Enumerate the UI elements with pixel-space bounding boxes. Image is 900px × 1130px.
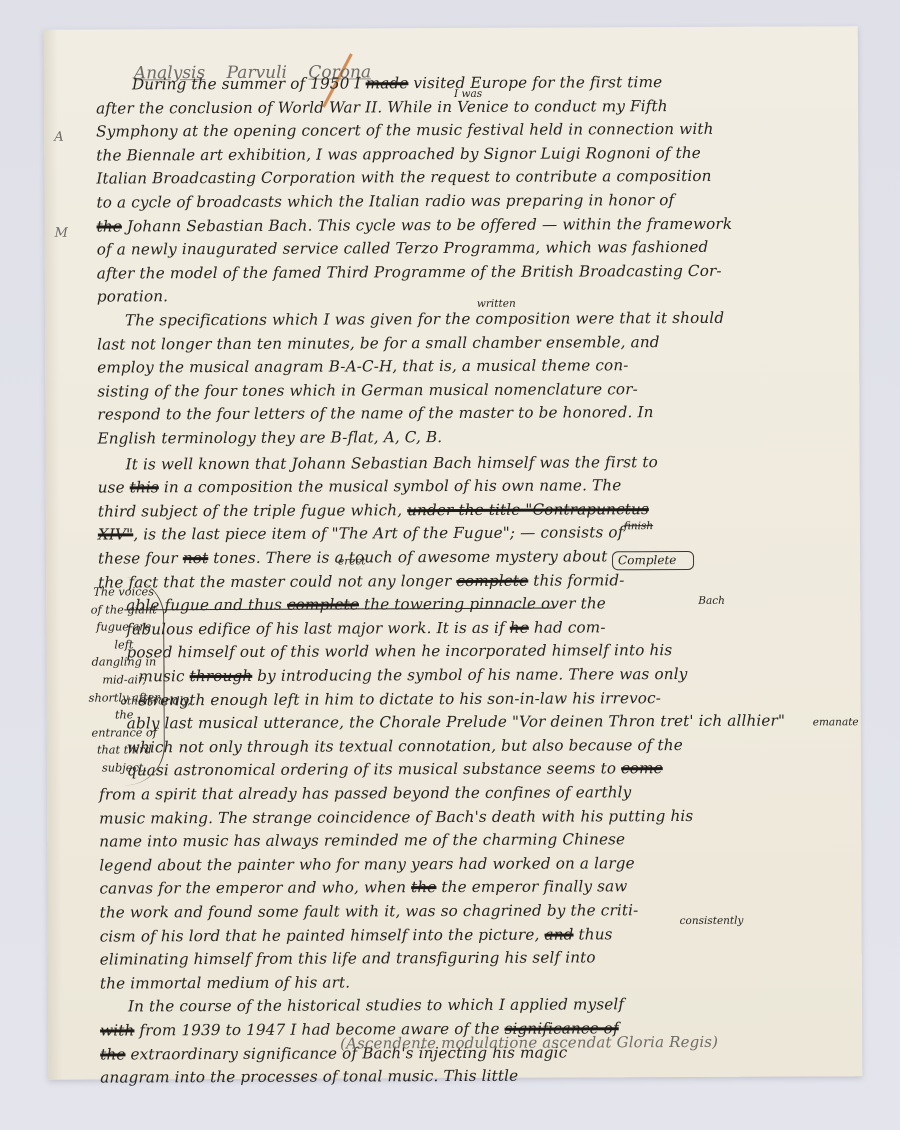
footer-pencil-note: (Ascendente modulatione ascendat Gloria … <box>340 1033 718 1053</box>
struck-word: not <box>183 549 209 567</box>
manuscript-line: posed himself out of this world when he … <box>126 641 672 661</box>
manuscript-line: the immortal medium of his art. <box>100 973 350 992</box>
margin-mark-a: A <box>54 130 63 145</box>
insertion-erect: erect <box>338 555 366 567</box>
manuscript-line: use this in a composition the musical sy… <box>98 476 622 496</box>
manuscript-line: quasi astronomical ordering of its music… <box>127 759 663 779</box>
insertion-emanate: emanate <box>813 716 859 728</box>
struck-word: complete <box>456 571 528 589</box>
manuscript-line: the Johann Sebastian Bach. This cycle wa… <box>97 214 733 235</box>
insertion-finish: finish <box>624 520 653 532</box>
struck-word: come <box>621 759 663 777</box>
manuscript-line: Italian Broadcasting Corporation with th… <box>96 167 711 188</box>
struck-word: complete <box>287 596 359 614</box>
manuscript-line: eliminating himself from this life and t… <box>100 949 596 969</box>
manuscript-line: from a spirit that already has passed be… <box>99 783 631 803</box>
manuscript-line: of a newly inaugurated service called Te… <box>97 238 709 259</box>
manuscript-line: the fact that the master could not any l… <box>98 571 625 591</box>
insertion-i-was: I was <box>454 88 482 100</box>
struck-word: with <box>100 1021 134 1039</box>
manuscript-line: The specifications which I was given for… <box>125 309 724 330</box>
manuscript-line: cism of his lord that he painted himself… <box>100 925 613 945</box>
struck-word: through <box>190 667 253 685</box>
manuscript-line: the Biennale art exhibition, I was appro… <box>96 144 701 165</box>
manuscript-page: Analysis Parvuli Corona A M During the s… <box>44 26 863 1080</box>
struck-word: he <box>510 618 529 636</box>
struck-word: and <box>544 925 573 943</box>
struck-word: the <box>97 217 122 235</box>
manuscript-line: Symphony at the opening concert of the m… <box>96 120 713 141</box>
struck-word: XIV" <box>98 526 133 544</box>
manuscript-line: respond to the four letters of the name … <box>97 404 653 424</box>
manuscript-line: third subject of the triple fugue which,… <box>98 500 649 520</box>
manuscript-line: XIV", is the last piece item of "The Art… <box>98 524 624 544</box>
struck-word: the <box>411 878 436 896</box>
manuscript-line: sisting of the four tones which in Germa… <box>97 380 638 400</box>
manuscript-line: ably last musical utterance, the Chorale… <box>127 712 785 733</box>
manuscript-line: after the conclusion of World War II. Wh… <box>96 97 668 117</box>
manuscript-line: music making. The strange coincidence of… <box>99 807 693 828</box>
manuscript-line: which not only through its textual conno… <box>127 736 683 756</box>
manuscript-line: after the model of the famed Third Progr… <box>97 262 722 283</box>
manuscript-line: music through by introducing the symbol … <box>138 665 687 685</box>
struck-word: under the title "Contrapunctus <box>407 500 649 519</box>
manuscript-line: poration. <box>97 288 168 306</box>
manuscript-line: employ the musical anagram B-A-C-H, that… <box>97 356 628 376</box>
manuscript-line: the work and found some fault with it, w… <box>100 901 639 921</box>
insertion-bracket <box>612 551 694 570</box>
manuscript-line: In the course of the historical studies … <box>128 996 624 1016</box>
struck-word: made <box>366 74 409 92</box>
manuscript-line: During the summer of 1950 I made visited… <box>132 73 662 93</box>
manuscript-line: fabulous edifice of his last major work.… <box>126 618 605 638</box>
manuscript-line: It is well known that Johann Sebastian B… <box>126 453 658 473</box>
manuscript-line: last not longer than ten minutes, be for… <box>97 333 660 353</box>
manuscript-line: legend about the painter who for many ye… <box>99 854 634 874</box>
manuscript-line: name into music has always reminded me o… <box>99 830 625 850</box>
insertion-bach: Bach <box>698 595 725 607</box>
manuscript-body: During the summer of 1950 I made visited… <box>44 26 858 30</box>
insertion-consistently: consistently <box>680 915 744 927</box>
manuscript-line: to a cycle of broadcasts which the Itali… <box>96 191 674 212</box>
struck-word: the <box>100 1045 125 1063</box>
struck-word: this <box>130 478 159 496</box>
manuscript-line: able fugue and thus complete the towerin… <box>126 595 606 615</box>
manuscript-line: English terminology they are B-flat, A, … <box>97 428 442 448</box>
insertion-written: written <box>477 298 516 310</box>
manuscript-line: anagram into the processes of tonal musi… <box>100 1067 518 1087</box>
manuscript-line: strength enough left in him to dictate t… <box>139 689 661 709</box>
margin-mark-m: M <box>55 226 68 241</box>
manuscript-line: canvas for the emperor and who, when the… <box>99 878 627 898</box>
margin-note-boxed: The voices of the giant fugue are left d… <box>86 577 165 785</box>
